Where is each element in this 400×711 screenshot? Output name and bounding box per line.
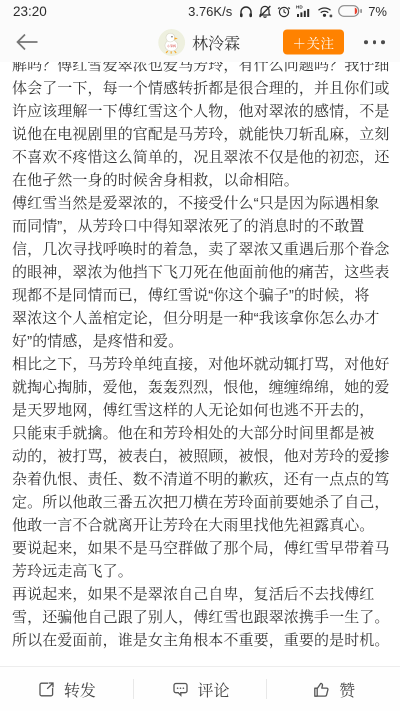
back-button[interactable] <box>14 29 40 55</box>
alarm-clock-icon <box>277 5 291 18</box>
post-body: 解吗？傅红雪爱翠浓也爱马芳玲，有什么问题吗？我仔细体会了一下，每一个情感转折都是… <box>0 62 400 666</box>
post-text-line: 再说起来，如果不是翠浓自己自卑，复活后不去找傅红 <box>12 583 388 606</box>
dot <box>373 40 377 44</box>
post-text-line: 就掏心掏肺，爱他，轰轰烈烈，恨他，缠缠绵绵，她的爱 <box>12 376 388 399</box>
network-speed: 3.76K/s <box>188 4 232 19</box>
battery-percent: 7% <box>368 4 387 19</box>
post-header: 小笨鸭 林泠霖 ＋关注 <box>0 22 400 62</box>
post-text-line: 体会了一下，每一个情感转折都是很合理的，并且你们或 <box>12 77 388 100</box>
signal-hd-icon: HD <box>296 4 312 18</box>
like-label: 赞 <box>339 678 355 701</box>
post-text-line: 他敢一言不合就离开让芳玲在大雨里找他先袒露真心。 <box>12 514 388 537</box>
like-button[interactable]: 赞 <box>267 667 400 711</box>
post-text-line: 雪，还骗他自己跟了别人，傅红雪也跟翠浓携手一生了。 <box>12 606 388 629</box>
battery-icon <box>338 5 362 17</box>
user-name[interactable]: 林泠霖 <box>192 31 240 54</box>
status-bar: 23:20 3.76K/s HD 7% <box>0 0 400 22</box>
comment-button[interactable]: 评论 <box>134 667 267 711</box>
post-text-line: 杂着仇恨、责任、数不清道不明的歉疚，还有一点点的笃 <box>12 468 388 491</box>
post-text-line: 而同情”，从芳玲口中得知翠浓死了的消息时的不敢置 <box>12 215 388 238</box>
arrow-left-icon <box>15 33 39 51</box>
comment-label: 评论 <box>198 678 230 701</box>
post-text-line: 动的，被打骂，被表白，被照顾，被恨，他对芳玲的爱掺 <box>12 445 388 468</box>
repost-label: 转发 <box>64 678 96 701</box>
dot <box>381 40 385 44</box>
post-text-line: 信，几次寻找呼唤时的着急，卖了翠浓又重遇后那个眷念 <box>12 238 388 261</box>
post-text-line: 要说起来，如果不是马空群做了那个局，傅红雪早带着马 <box>12 537 388 560</box>
avatar[interactable]: 小笨鸭 <box>158 29 185 56</box>
share-icon <box>37 680 56 699</box>
post-text-line: 说他在电视剧里的官配是马芳玲，就能快刀斩乱麻，立刻 <box>12 123 388 146</box>
weibo-post-screen: 23:20 3.76K/s HD 7% <box>0 0 400 711</box>
post-text: 解吗？傅红雪爱翠浓也爱马芳玲，有什么问题吗？我仔细体会了一下，每一个情感转折都是… <box>12 62 388 652</box>
post-text-line: 定。所以他敢三番五次把刀横在芳玲面前要她杀了自己， <box>12 491 388 514</box>
bell-muted-icon <box>258 5 272 18</box>
wifi-icon <box>317 5 333 18</box>
post-text-line: 现都不是同情而已，傅红雪说“你这个骗子”的时候，将 <box>12 284 388 307</box>
post-text-line: 的眼神，翠浓为他挡下飞刀死在他面前他的痛苦，这些表 <box>12 261 388 284</box>
post-text-line: 在他孑然一身的时候舍身相救，以命相陪。 <box>12 169 388 192</box>
follow-button[interactable]: ＋关注 <box>283 30 344 55</box>
svg-text:HD: HD <box>296 5 303 10</box>
comment-bubble-icon <box>171 680 190 699</box>
thumbs-up-icon <box>312 680 331 699</box>
clock: 23:20 <box>13 4 47 19</box>
post-text-line: 只能束手就擒。他在和芳玲相处的大部分时间里都是被 <box>12 422 388 445</box>
author-group: 小笨鸭 林泠霖 <box>158 29 240 56</box>
bottom-toolbar: 转发 评论 赞 <box>0 666 400 711</box>
headphones-icon <box>239 5 253 18</box>
post-text-line: 好”的情感，是疼惜和爱。 <box>12 330 388 353</box>
dot <box>364 40 368 44</box>
post-text-line: 所以在爱面前，谁是女主角根本不重要，重要的是时机。 <box>12 629 388 652</box>
post-text-line: 不喜欢不疼惜这么简单的，况且翠浓不仅是他的初恋，还 <box>12 146 388 169</box>
post-text-line: 解吗？傅红雪爱翠浓也爱马芳玲，有什么问题吗？我仔细 <box>12 62 388 77</box>
post-text-line: 芳玲远走高飞了。 <box>12 560 388 583</box>
post-text-line: 翠浓这个人盖棺定论，但分明是一种“我该拿你怎么办才 <box>12 307 388 330</box>
post-text-line: 是天罗地网，傅红雪这样的人无论如何也逃不开去的， <box>12 399 388 422</box>
post-text-line: 相比之下，马芳玲单纯直接，对他坏就动辄打骂，对他好 <box>12 353 388 376</box>
more-button[interactable] <box>361 34 388 50</box>
post-text-line: 许应该理解一下傅红雪这个人物，他对翠浓的感情，不是 <box>12 100 388 123</box>
duck-avatar-image: 小笨鸭 <box>158 29 185 56</box>
post-text-line: 傅红雪当然是爱翠浓的，不接受什么“只是因为际遇相象 <box>12 192 388 215</box>
repost-button[interactable]: 转发 <box>0 667 133 711</box>
svg-text:小笨鸭: 小笨鸭 <box>167 42 176 47</box>
